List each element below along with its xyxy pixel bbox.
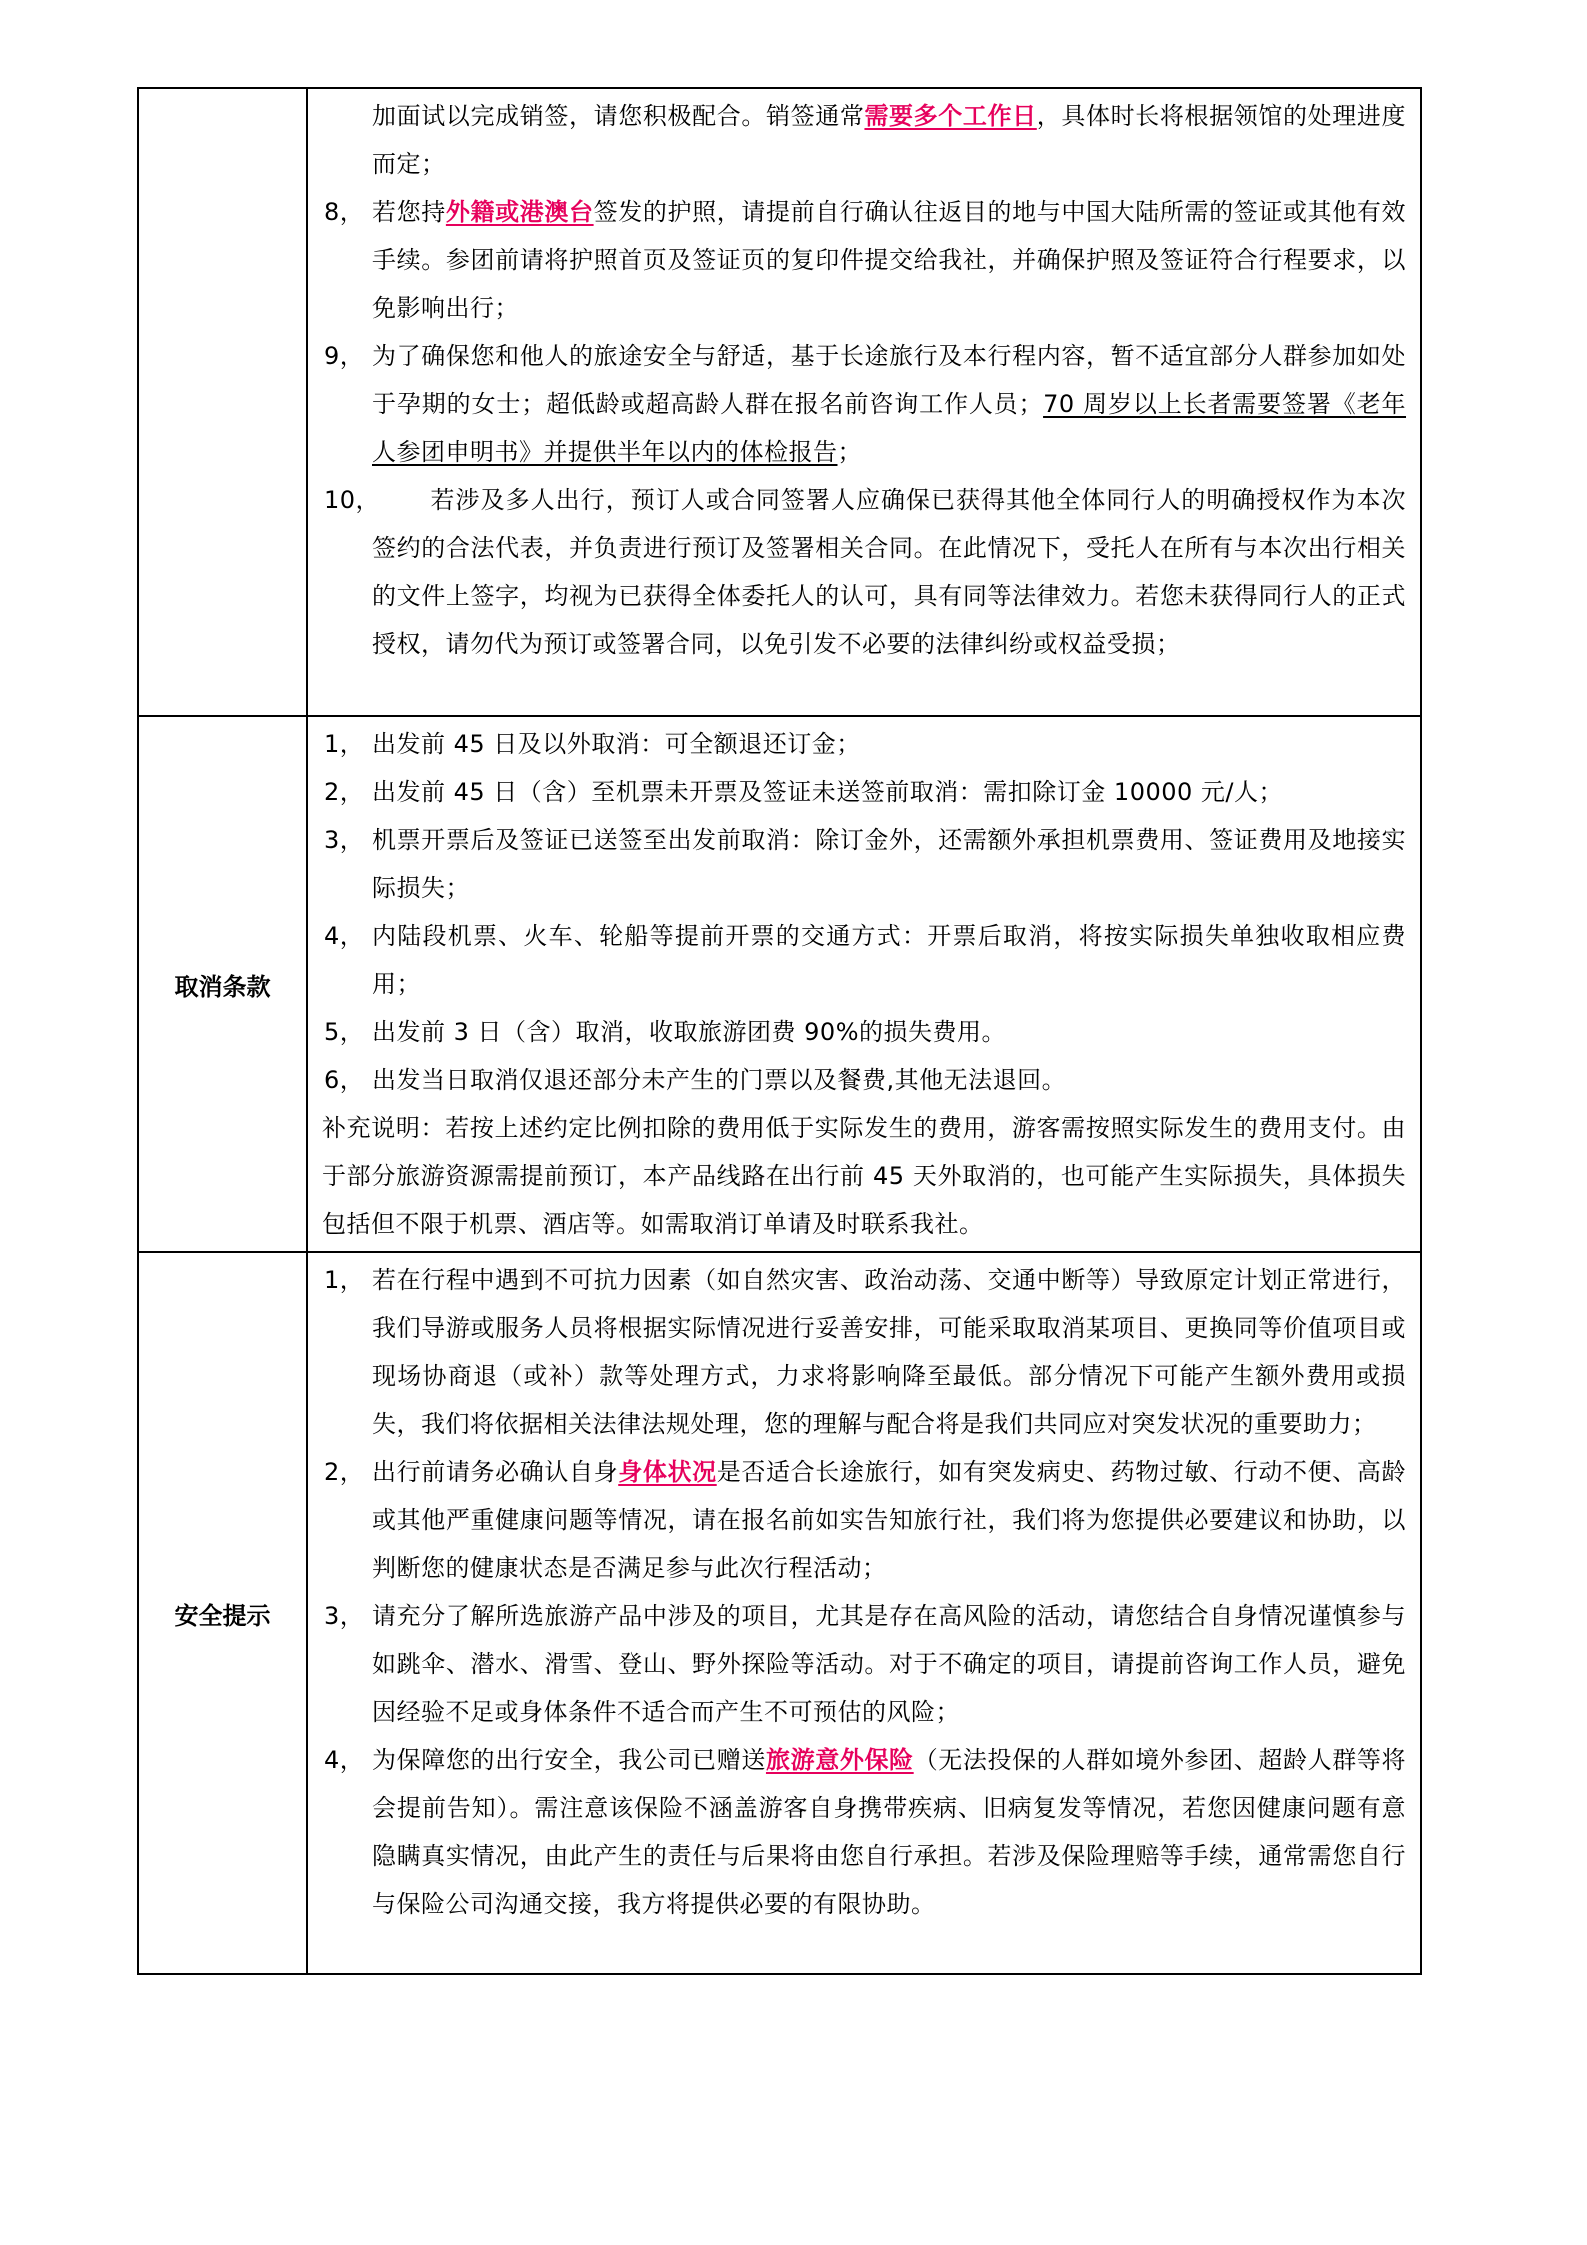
list-item-4: 4， 为保障您的出行安全，我公司已赠送旅游意外保险（无法投保的人群如境外参团、超… xyxy=(322,1736,1406,1928)
text-segment: 若涉及多人出行，预订人或合同签署人应确保已获得其他全体同行人的明确授权作为本次签… xyxy=(372,486,1406,658)
text-segment: 为保障您的出行安全，我公司已赠送 xyxy=(372,1746,766,1774)
text-segment: 机票开票后及签证已送签至出发前取消：除订金外，还需额外承担机票费用、签证费用及地… xyxy=(372,826,1406,902)
item-number: 1， xyxy=(324,720,364,768)
table-row-cancellation: 取消条款 1， 出发前 45 日及以外取消：可全额退还订金； 2， 出发前 45… xyxy=(138,716,1421,1252)
list-item-2: 2， 出发前 45 日（含）至机票未开票及签证未送签前取消：需扣除订金 1000… xyxy=(322,768,1406,816)
item-number: 9， xyxy=(324,332,364,380)
text-segment: 内陆段机票、火车、轮船等提前开票的交通方式：开票后取消，将按实际损失单独收取相应… xyxy=(372,922,1406,998)
item-number: 6， xyxy=(324,1056,364,1104)
terms-table: 加面试以完成销签，请您积极配合。销签通常需要多个工作日，具体时长将根据领馆的处理… xyxy=(137,87,1422,1975)
text-segment: 出发前 45 日及以外取消：可全额退还订金； xyxy=(372,730,861,758)
item-number: 5， xyxy=(324,1008,364,1056)
list-item-1: 1， 若在行程中遇到不可抗力因素（如自然灾害、政治动荡、交通中断等）导致原定计划… xyxy=(322,1256,1406,1448)
text-segment: 加面试以完成销签，请您积极配合。销签通常 xyxy=(372,102,864,130)
list-item-9: 9， 为了确保您和他人的旅途安全与舒适，基于长途旅行及本行程内容，暂不适宜部分人… xyxy=(322,332,1406,476)
text-segment: 出发当日取消仅退还部分未产生的门票以及餐费,其他无法退回。 xyxy=(372,1066,1066,1094)
table-row-continued-notes: 加面试以完成销签，请您积极配合。销签通常需要多个工作日，具体时长将根据领馆的处理… xyxy=(138,88,1421,716)
list-item-3: 3， 机票开票后及签证已送签至出发前取消：除订金外，还需额外承担机票费用、签证费… xyxy=(322,816,1406,912)
text-segment: 出发前 3 日（含）取消，收取旅游团费 90%的损失费用。 xyxy=(372,1018,1006,1046)
item-number: 2， xyxy=(324,1448,364,1496)
text-segment: 出行前请务必确认自身 xyxy=(372,1458,618,1486)
list-item-6: 6， 出发当日取消仅退还部分未产生的门票以及餐费,其他无法退回。 xyxy=(322,1056,1406,1104)
row-label xyxy=(138,88,307,716)
supplementary-note: 补充说明：若按上述约定比例扣除的费用低于实际发生的费用，游客需按照实际发生的费用… xyxy=(322,1104,1406,1248)
text-segment: 请充分了解所选旅游产品中涉及的项目，尤其是存在高风险的活动，请您结合自身情况谨慎… xyxy=(372,1602,1406,1726)
row-label-safety: 安全提示 xyxy=(138,1252,307,1974)
list-item-5: 5， 出发前 3 日（含）取消，收取旅游团费 90%的损失费用。 xyxy=(322,1008,1406,1056)
list-item-1: 1， 出发前 45 日及以外取消：可全额退还订金； xyxy=(322,720,1406,768)
table-row-safety: 安全提示 1， 若在行程中遇到不可抗力因素（如自然灾害、政治动荡、交通中断等）导… xyxy=(138,1252,1421,1974)
list-item-3: 3， 请充分了解所选旅游产品中涉及的项目，尤其是存在高风险的活动，请您结合自身情… xyxy=(322,1592,1406,1736)
item-number: 1， xyxy=(324,1256,364,1304)
item-number: 4， xyxy=(324,912,364,960)
item-number: 4， xyxy=(324,1736,364,1784)
item-number: 10， xyxy=(324,476,380,524)
item-number: 8， xyxy=(324,188,364,236)
text-segment: 出发前 45 日（含）至机票未开票及签证未送签前取消：需扣除订金 10000 元… xyxy=(372,778,1283,806)
highlight-text: 需要多个工作日 xyxy=(864,102,1036,130)
list-item-8: 8， 若您持外籍或港澳台签发的护照，请提前自行确认往返目的地与中国大陆所需的签证… xyxy=(322,188,1406,332)
item-number: 3， xyxy=(324,1592,364,1640)
row-content: 1， 若在行程中遇到不可抗力因素（如自然灾害、政治动荡、交通中断等）导致原定计划… xyxy=(307,1252,1421,1974)
row-label-cancellation: 取消条款 xyxy=(138,716,307,1252)
highlight-text: 旅游意外保险 xyxy=(766,1746,914,1774)
item-number: 2， xyxy=(324,768,364,816)
item-number: 3， xyxy=(324,816,364,864)
highlight-text: 身体状况 xyxy=(618,1458,717,1486)
text-segment: ； xyxy=(838,438,863,466)
text-segment: 若您持 xyxy=(372,198,446,226)
list-item-4: 4， 内陆段机票、火车、轮船等提前开票的交通方式：开票后取消，将按实际损失单独收… xyxy=(322,912,1406,1008)
text-segment: 若在行程中遇到不可抗力因素（如自然灾害、政治动荡、交通中断等）导致原定计划正常进… xyxy=(372,1266,1406,1438)
list-item-10: 10， 若涉及多人出行，预订人或合同签署人应确保已获得其他全体同行人的明确授权作… xyxy=(322,476,1406,668)
row-content: 1， 出发前 45 日及以外取消：可全额退还订金； 2， 出发前 45 日（含）… xyxy=(307,716,1421,1252)
list-item-continued: 加面试以完成销签，请您积极配合。销签通常需要多个工作日，具体时长将根据领馆的处理… xyxy=(322,92,1406,188)
list-item-2: 2， 出行前请务必确认自身身体状况是否适合长途旅行，如有突发病史、药物过敏、行动… xyxy=(322,1448,1406,1592)
document-page: 加面试以完成销签，请您积极配合。销签通常需要多个工作日，具体时长将根据领馆的处理… xyxy=(137,87,1422,1975)
row-content: 加面试以完成销签，请您积极配合。销签通常需要多个工作日，具体时长将根据领馆的处理… xyxy=(307,88,1421,716)
highlight-text: 外籍或港澳台 xyxy=(446,198,594,226)
